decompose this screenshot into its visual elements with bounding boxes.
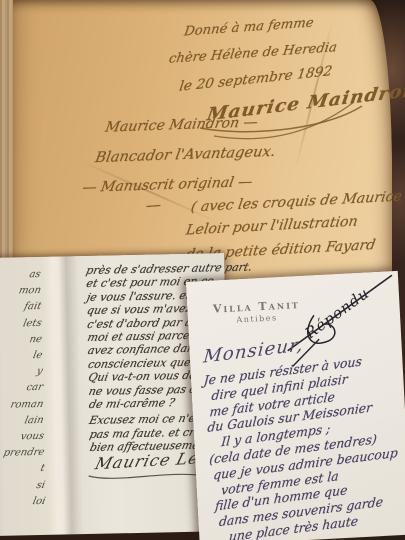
- previous-page-fragments: as mon fait lets ne le y car roman lain …: [0, 267, 45, 511]
- signature-flourish: [86, 468, 206, 487]
- fragment: t: [0, 461, 46, 478]
- fragment: lets: [0, 316, 43, 333]
- fragment: y: [0, 364, 44, 381]
- fragment: car: [0, 380, 45, 397]
- note-dash: —: [145, 195, 163, 214]
- fragment: si: [0, 478, 47, 495]
- photo-scene: Donné à ma femme chère Hélène de Heredia…: [0, 0, 405, 540]
- fragment: prendre: [0, 445, 46, 462]
- fragment: vous: [0, 429, 46, 446]
- fragment: ne: [0, 332, 44, 349]
- fragment: fait: [0, 299, 43, 316]
- fragment: as: [0, 267, 42, 284]
- villa-tanit-letter-body: Je ne puis résister à vous dire quel inf…: [199, 349, 405, 540]
- villa-tanit-letter: Villa Tanit Antibes Répondu Monsieur, Je…: [186, 271, 405, 540]
- fragment: loi: [0, 494, 47, 511]
- fragment: le: [0, 348, 44, 365]
- fragment: mon: [0, 283, 43, 300]
- fragment: lain: [0, 413, 45, 430]
- fragment: roman: [0, 397, 45, 414]
